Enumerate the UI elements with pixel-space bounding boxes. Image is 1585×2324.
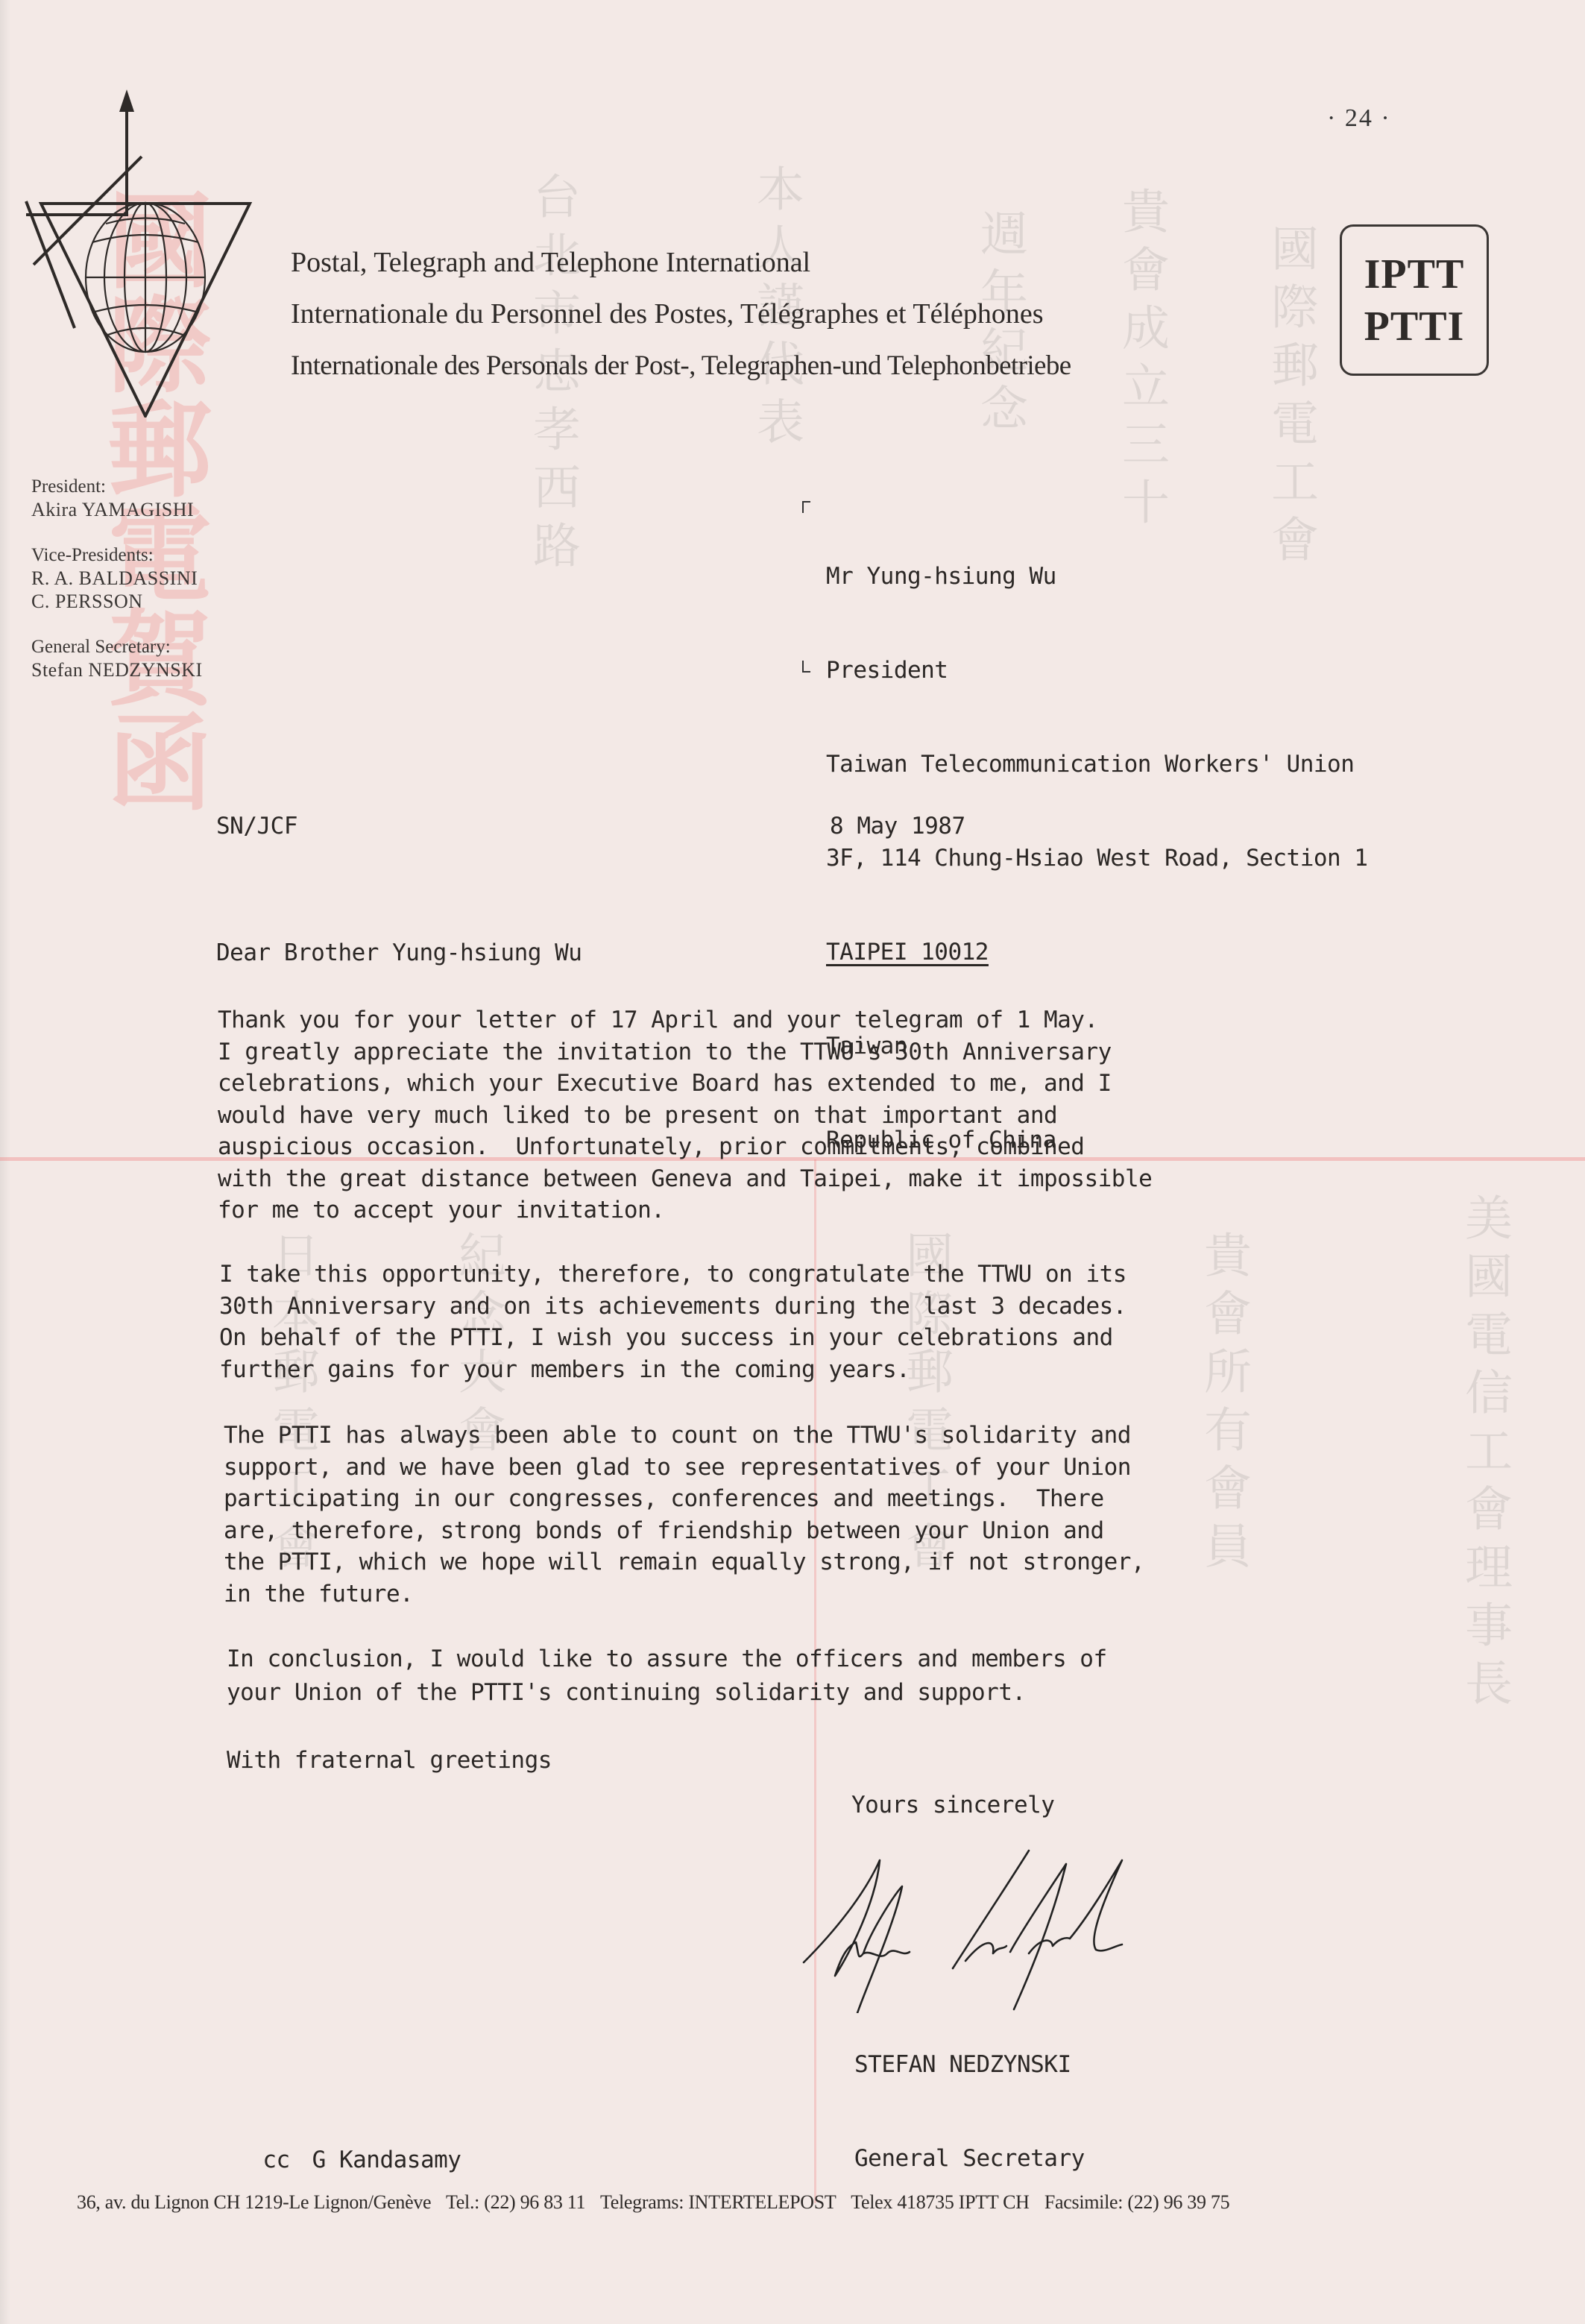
address-line: 3F, 114 Chung-Hsiao West Road, Section 1 <box>826 843 1368 874</box>
page-edge-shadow <box>0 0 10 2324</box>
officer-group-vice-presidents: Vice-Presidents: R. A. BALDASSINI C. PER… <box>31 544 203 613</box>
footer-telegrams: Telegrams: INTERTELEPOST <box>600 2191 836 2213</box>
address-line: Taiwan Telecommunication Workers' Union <box>826 749 1368 780</box>
cc-name: G Kandasamy <box>312 2147 461 2173</box>
officer-group-president: President: Akira YAMAGISHI <box>31 475 203 521</box>
officer-role: General Secretary: <box>31 635 203 658</box>
salutation: Dear Brother Yung-hsiung Wu <box>216 939 582 966</box>
signatory-block: STEFAN NEDZYNSKI General Secretary <box>854 1986 1085 2205</box>
officers-list: President: Akira YAMAGISHI Vice-Presiden… <box>31 475 203 704</box>
letterhead-footer: 36, av. du Lignon CH 1219-Le Lignon/Genè… <box>77 2191 1240 2214</box>
officer-name: Stefan NEDZYNSKI <box>31 658 203 681</box>
show-through-text: 貴會所有會員 <box>1193 1230 1254 2162</box>
footer-telex: Telex 418735 IPTT CH <box>851 2191 1029 2213</box>
signatory-title: General Secretary <box>854 2143 1085 2174</box>
footer-telephone: Tel.: (22) 96 83 11 <box>446 2191 585 2213</box>
badge-line-2: PTTI <box>1364 300 1465 353</box>
org-name-german: Internationale des Personals der Post-, … <box>291 340 1071 391</box>
address-corner-mark-bottom <box>802 661 810 673</box>
officer-role: President: <box>31 475 203 498</box>
officer-name: C. PERSSON <box>31 590 203 613</box>
badge-line-1: IPTT <box>1364 248 1465 300</box>
address-line: President <box>826 655 1368 686</box>
reference-code: SN/JCF <box>216 813 297 840</box>
officer-role: Vice-Presidents: <box>31 544 203 567</box>
letter-date: 8 May 1987 <box>830 813 965 840</box>
body-paragraph-1: Thank you for your letter of 17 April an… <box>218 1004 1152 1226</box>
body-paragraph-3: The PTTI has always been able to count o… <box>224 1420 1144 1610</box>
page-number: · 24 · <box>1327 104 1391 133</box>
body-paragraph-4: In conclusion, I would like to assure th… <box>227 1643 1107 1710</box>
closing-greeting: With fraternal greetings <box>227 1747 552 1774</box>
sign-off: Yours sincerely <box>851 1792 1054 1818</box>
ptti-logo-icon <box>15 82 253 418</box>
cc-line: ccG Kandasamy <box>236 2120 461 2173</box>
body-paragraph-2: I take this opportunity, therefore, to c… <box>219 1259 1126 1385</box>
signatory-name: STEFAN NEDZYNSKI <box>854 2049 1085 2080</box>
ptti-badge: IPTT PTTI <box>1340 224 1489 376</box>
org-name-french: Internationale du Personnel des Postes, … <box>291 289 1071 340</box>
address-line-city: TAIPEI 10012 <box>826 936 1368 968</box>
officer-group-general-secretary: General Secretary: Stefan NEDZYNSKI <box>31 635 203 681</box>
show-through-text: 美國電信工會理事長 <box>1454 1193 1515 2162</box>
footer-facsimile: Facsimile: (22) 96 39 75 <box>1044 2191 1229 2213</box>
organization-names: Postal, Telegraph and Telephone Internat… <box>291 237 1071 391</box>
officer-name: R. A. BALDASSINI <box>31 567 203 590</box>
cc-label: cc <box>262 2147 289 2173</box>
officer-name: Akira YAMAGISHI <box>31 498 203 521</box>
address-line: Mr Yung-hsiung Wu <box>826 561 1368 592</box>
footer-address: 36, av. du Lignon CH 1219-Le Lignon/Genè… <box>77 2191 431 2213</box>
org-name-english: Postal, Telegraph and Telephone Internat… <box>291 237 1071 289</box>
address-corner-mark-top <box>802 501 810 513</box>
